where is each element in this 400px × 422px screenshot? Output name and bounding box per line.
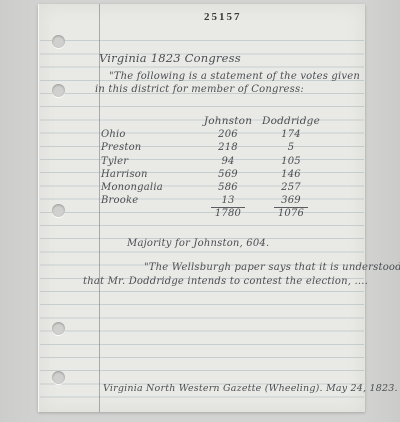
county-cell <box>97 207 197 220</box>
county-cell: Brooke <box>97 194 197 207</box>
punch-hole <box>52 204 65 217</box>
punch-hole <box>52 371 65 384</box>
table-row: Brooke 13 369 <box>97 194 323 207</box>
majority-line: Majority for Johnston, 604. <box>127 238 269 249</box>
punch-hole <box>52 84 65 97</box>
table-row: Monongalia 586 257 <box>97 181 323 194</box>
johnston-underlined-value: 13 <box>211 194 245 208</box>
punch-hole <box>52 35 65 48</box>
johnston-cell: 94 <box>197 155 259 168</box>
doddridge-cell: 257 <box>259 181 323 194</box>
county-cell: Ohio <box>97 128 197 141</box>
intro-line-2: in this district for member of Congress: <box>95 84 304 95</box>
doddridge-underlined-value: 369 <box>274 194 308 208</box>
table-row: Ohio 206 174 <box>97 128 323 141</box>
intro-line-1: "The following is a statement of the vot… <box>109 71 360 82</box>
johnston-cell: 218 <box>197 141 259 154</box>
county-cell: Monongalia <box>97 181 197 194</box>
county-cell: Preston <box>97 141 197 154</box>
doddridge-cell: 146 <box>259 168 323 181</box>
johnston-cell: 206 <box>197 128 259 141</box>
table-header-row: Johnston Doddridge <box>97 115 323 128</box>
johnston-cell: 13 <box>197 194 259 207</box>
note-line-1: "The Wellsburgh paper says that it is un… <box>144 262 400 273</box>
johnston-cell: 586 <box>197 181 259 194</box>
doddridge-total: 1076 <box>259 207 323 220</box>
johnston-total: 1780 <box>197 207 259 220</box>
accession-stamp: 25157 <box>204 11 242 23</box>
totals-row: 1780 1076 <box>97 207 323 220</box>
county-cell: Harrison <box>97 168 197 181</box>
table-row: Harrison 569 146 <box>97 168 323 181</box>
johnston-cell: 569 <box>197 168 259 181</box>
doddridge-cell: 369 <box>259 194 323 207</box>
johnston-header: Johnston <box>197 115 259 128</box>
county-header <box>97 115 197 128</box>
table-row: Tyler 94 105 <box>97 155 323 168</box>
doddridge-cell: 105 <box>259 155 323 168</box>
doddridge-cell: 5 <box>259 141 323 154</box>
page-title: Virginia 1823 Congress <box>99 51 241 65</box>
notebook-page: 25157 Virginia 1823 Congress "The follow… <box>38 4 365 412</box>
doddridge-header: Doddridge <box>259 115 323 128</box>
punch-hole <box>52 322 65 335</box>
vote-table: Johnston Doddridge Ohio 206 174 Preston … <box>97 115 323 221</box>
note-line-2: that Mr. Doddridge intends to contest th… <box>83 276 368 287</box>
county-cell: Tyler <box>97 155 197 168</box>
doddridge-cell: 174 <box>259 128 323 141</box>
table-row: Preston 218 5 <box>97 141 323 154</box>
source-citation: Virginia North Western Gazette (Wheeling… <box>103 383 398 394</box>
